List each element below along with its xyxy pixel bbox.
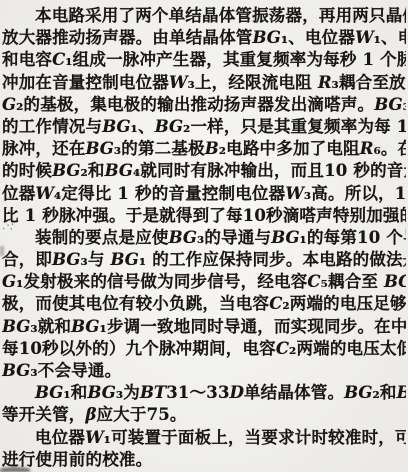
text-line: 每10秒以外的）九个脉冲期间，电容C₂两端的电压太低，所以 [2, 338, 406, 360]
paragraph-component-types: BG₁和BG₃为BT31～33D单结晶体管。BG₂和BG₄用3DK4 等开关管，… [2, 382, 406, 426]
text-line: BG₁和BG₃为BT31～33D单结晶体管。BG₂和BG₄用3DK4 [2, 382, 406, 404]
text-line: 极，而使其电位有较小负跳，当电容C₂两端的电压足够高时， [2, 293, 406, 315]
text-line: 脉冲，还在BG₃的第二基极B₂电路中多加了电阻R₆。在每10秒 [2, 138, 406, 160]
text-line: BG₃不会导通。 [2, 360, 406, 382]
text-line: 的工作情况与BG₁、BG₂一样，只是其重复频率为每 10秒 1 个 [2, 116, 406, 138]
text-line: 比 1 秒脉冲强。于是就得到了每10秒滴嗒声特别加强的效果。 [2, 205, 406, 227]
scan-edge-smudge [0, 246, 4, 256]
text-line: 和电容C₁组成一脉冲产生器，其重复频率为每秒 1 个脉冲，脉 [2, 49, 406, 71]
paragraph-assembly-sync: 装制的要点是应使BG₃的导通与BG₁的每第10 个导通相重 合，即BG₃与 BG… [2, 227, 406, 382]
text-line: 电位器W₁可装置于面板上，当要求计时较准时，可 用 来 [2, 427, 406, 449]
paragraph-calibration-note: 电位器W₁可装置于面板上，当要求计时较准时，可 用 来 进行使用前的校准。 [2, 427, 406, 471]
text-line: 位器W₄定得比 1 秒的音量控制电位器W₃高。所以，10 秒脉冲 [2, 183, 406, 205]
text-line: 的时候BG₂和BG₄就同时有脉冲输出，而且10 秒的音量控制电 [2, 160, 406, 182]
paragraph-circuit-overview: 本电路采用了两个单结晶体管振荡器，再用两只晶体管作 放大器推动扬声器。由单结晶体… [2, 5, 406, 227]
text-line: 本电路采用了两个单结晶体管振荡器，再用两只晶体管作 [2, 5, 406, 27]
scan-corner-smudge [0, 467, 30, 472]
text-line: 冲加在音量控制电位器W₃上，经限流电阻 R₃耦合至放大管 B [2, 72, 406, 94]
text-line: 装制的要点是应使BG₃的导通与BG₁的每第10 个导通相重 [2, 227, 406, 249]
text-line: 合，即BG₃与 BG₁ 的工作应保持同步。本电路的做法是将由 B [2, 249, 406, 271]
text-line: 进行使用前的校准。 [2, 449, 406, 471]
text-line: G₁发射极来的信号做为同步信号，经电容C₅耦合至 BG₃ 的 B₂ [2, 271, 406, 293]
text-line: 放大器推动扬声器。由单结晶体管BG₁、电位器W₁、电 阻 R₁ [2, 27, 406, 49]
scanned-book-page: 本电路采用了两个单结晶体管振荡器，再用两只晶体管作 放大器推动扬声器。由单结晶体… [0, 0, 408, 472]
text-line: 等开关管，β应大于75。 [2, 404, 406, 426]
text-line: BG₃就和BG₁步调一致地同时导通，而实现同步。在中间的（除 [2, 316, 406, 338]
text-line: G₂的基极，集电极的输出推动扬声器发出滴嗒声。BG₃、BG₄ [2, 94, 406, 116]
